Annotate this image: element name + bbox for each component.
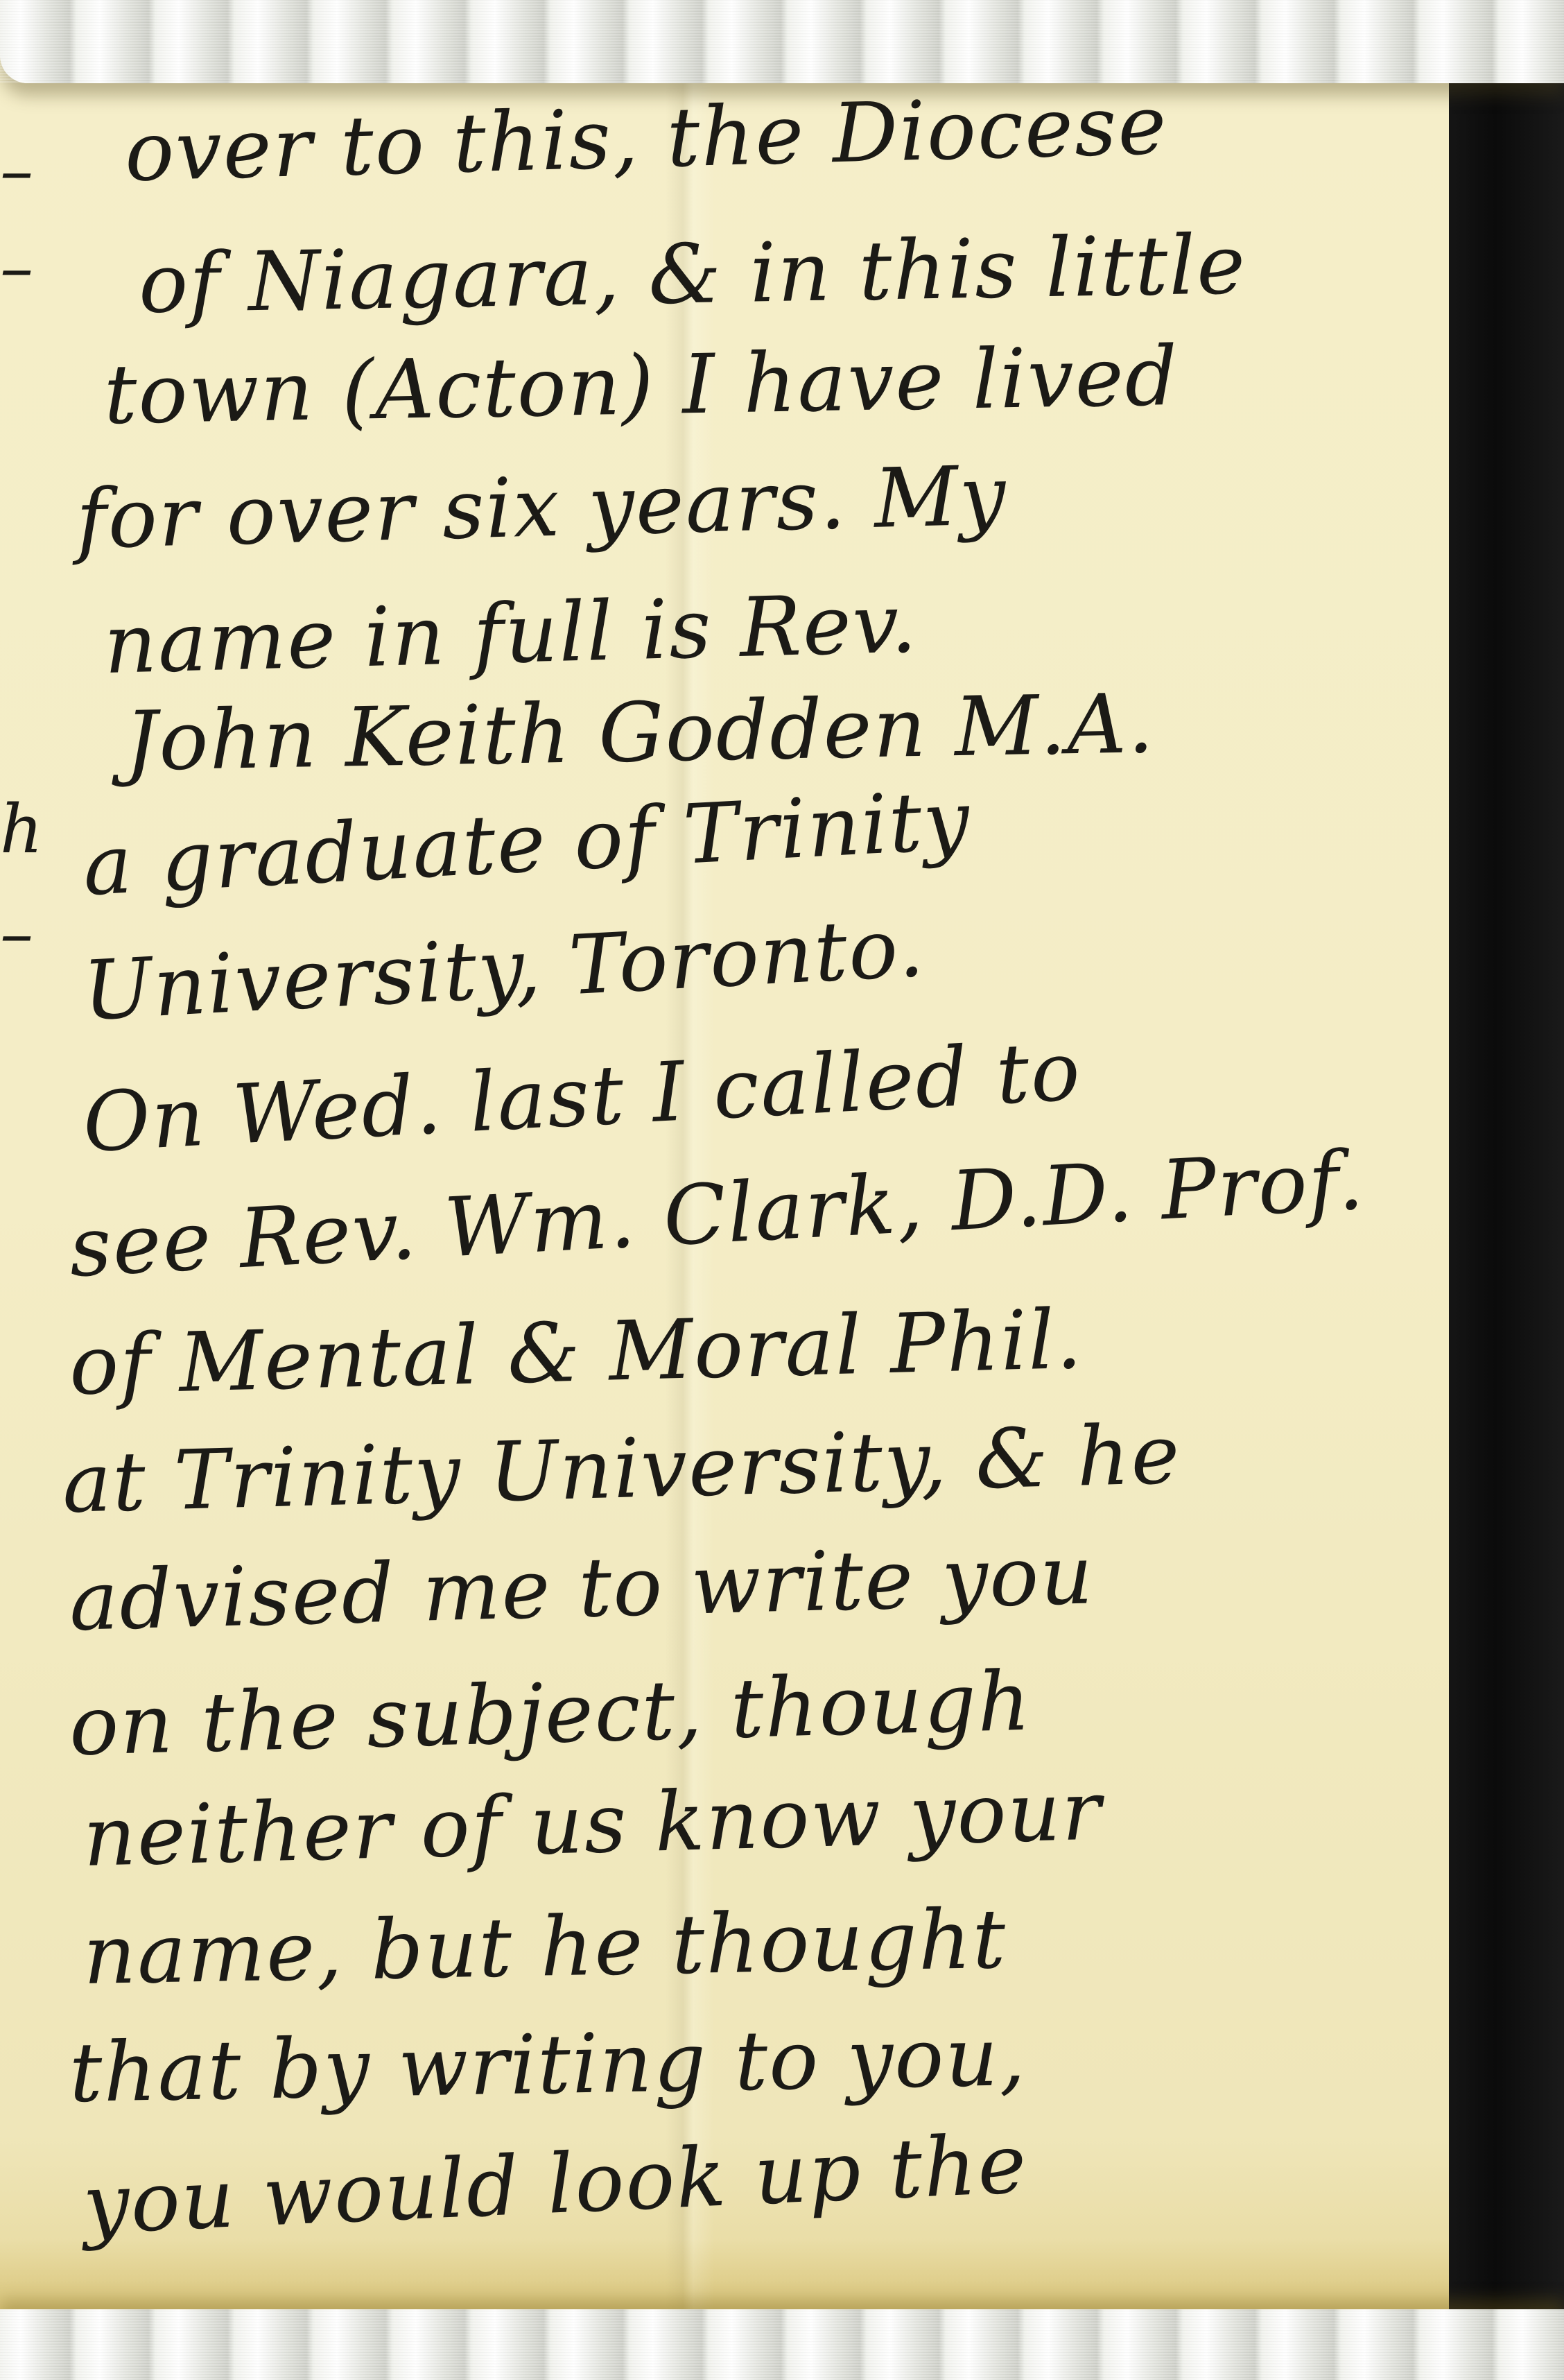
letter-line: On Wed. last I called to: [80, 1023, 1083, 1171]
letter-line: John Keith Godden M.A.: [124, 675, 1156, 789]
letter-photo: – – h – over to this, the Diocese of Nia…: [0, 0, 1564, 2380]
letter-line: for over six years. My: [75, 447, 1008, 567]
letter-line: town (Acton) I have lived: [103, 328, 1179, 442]
letter-line: of Niagara, & in this little: [138, 216, 1247, 331]
margin-mark: h: [0, 791, 43, 868]
letter-line: name in full is Rev.: [103, 575, 919, 692]
letter-line: a graduate of Trinity: [80, 772, 973, 914]
dark-backing-board: [1449, 69, 1564, 2311]
letter-line: at Trinity University, & he: [61, 1406, 1182, 1531]
margin-mark: –: [0, 132, 33, 209]
margin-mark: –: [0, 895, 33, 972]
letter-line: you would look up the: [81, 2116, 1029, 2252]
top-cord-binding: [0, 0, 1564, 83]
letter-line: neither of us know your: [82, 1763, 1103, 1885]
letter-body: – – h – over to this, the Diocese of Nia…: [0, 0, 1449, 2380]
letter-line: that by writing to you,: [69, 2008, 1027, 2121]
letter-line: name, but he thought: [82, 1891, 1008, 2003]
letter-line: of Mental & Moral Phil.: [68, 1291, 1084, 1413]
letter-line: over to this, the Diocese: [123, 77, 1169, 200]
letter-line: advised me to write you: [68, 1526, 1095, 1649]
bottom-cord-binding: [0, 2309, 1564, 2380]
margin-mark: –: [0, 229, 33, 307]
letter-line: University, Toronto.: [80, 899, 927, 1038]
letter-line: on the subject, though: [68, 1653, 1032, 1774]
